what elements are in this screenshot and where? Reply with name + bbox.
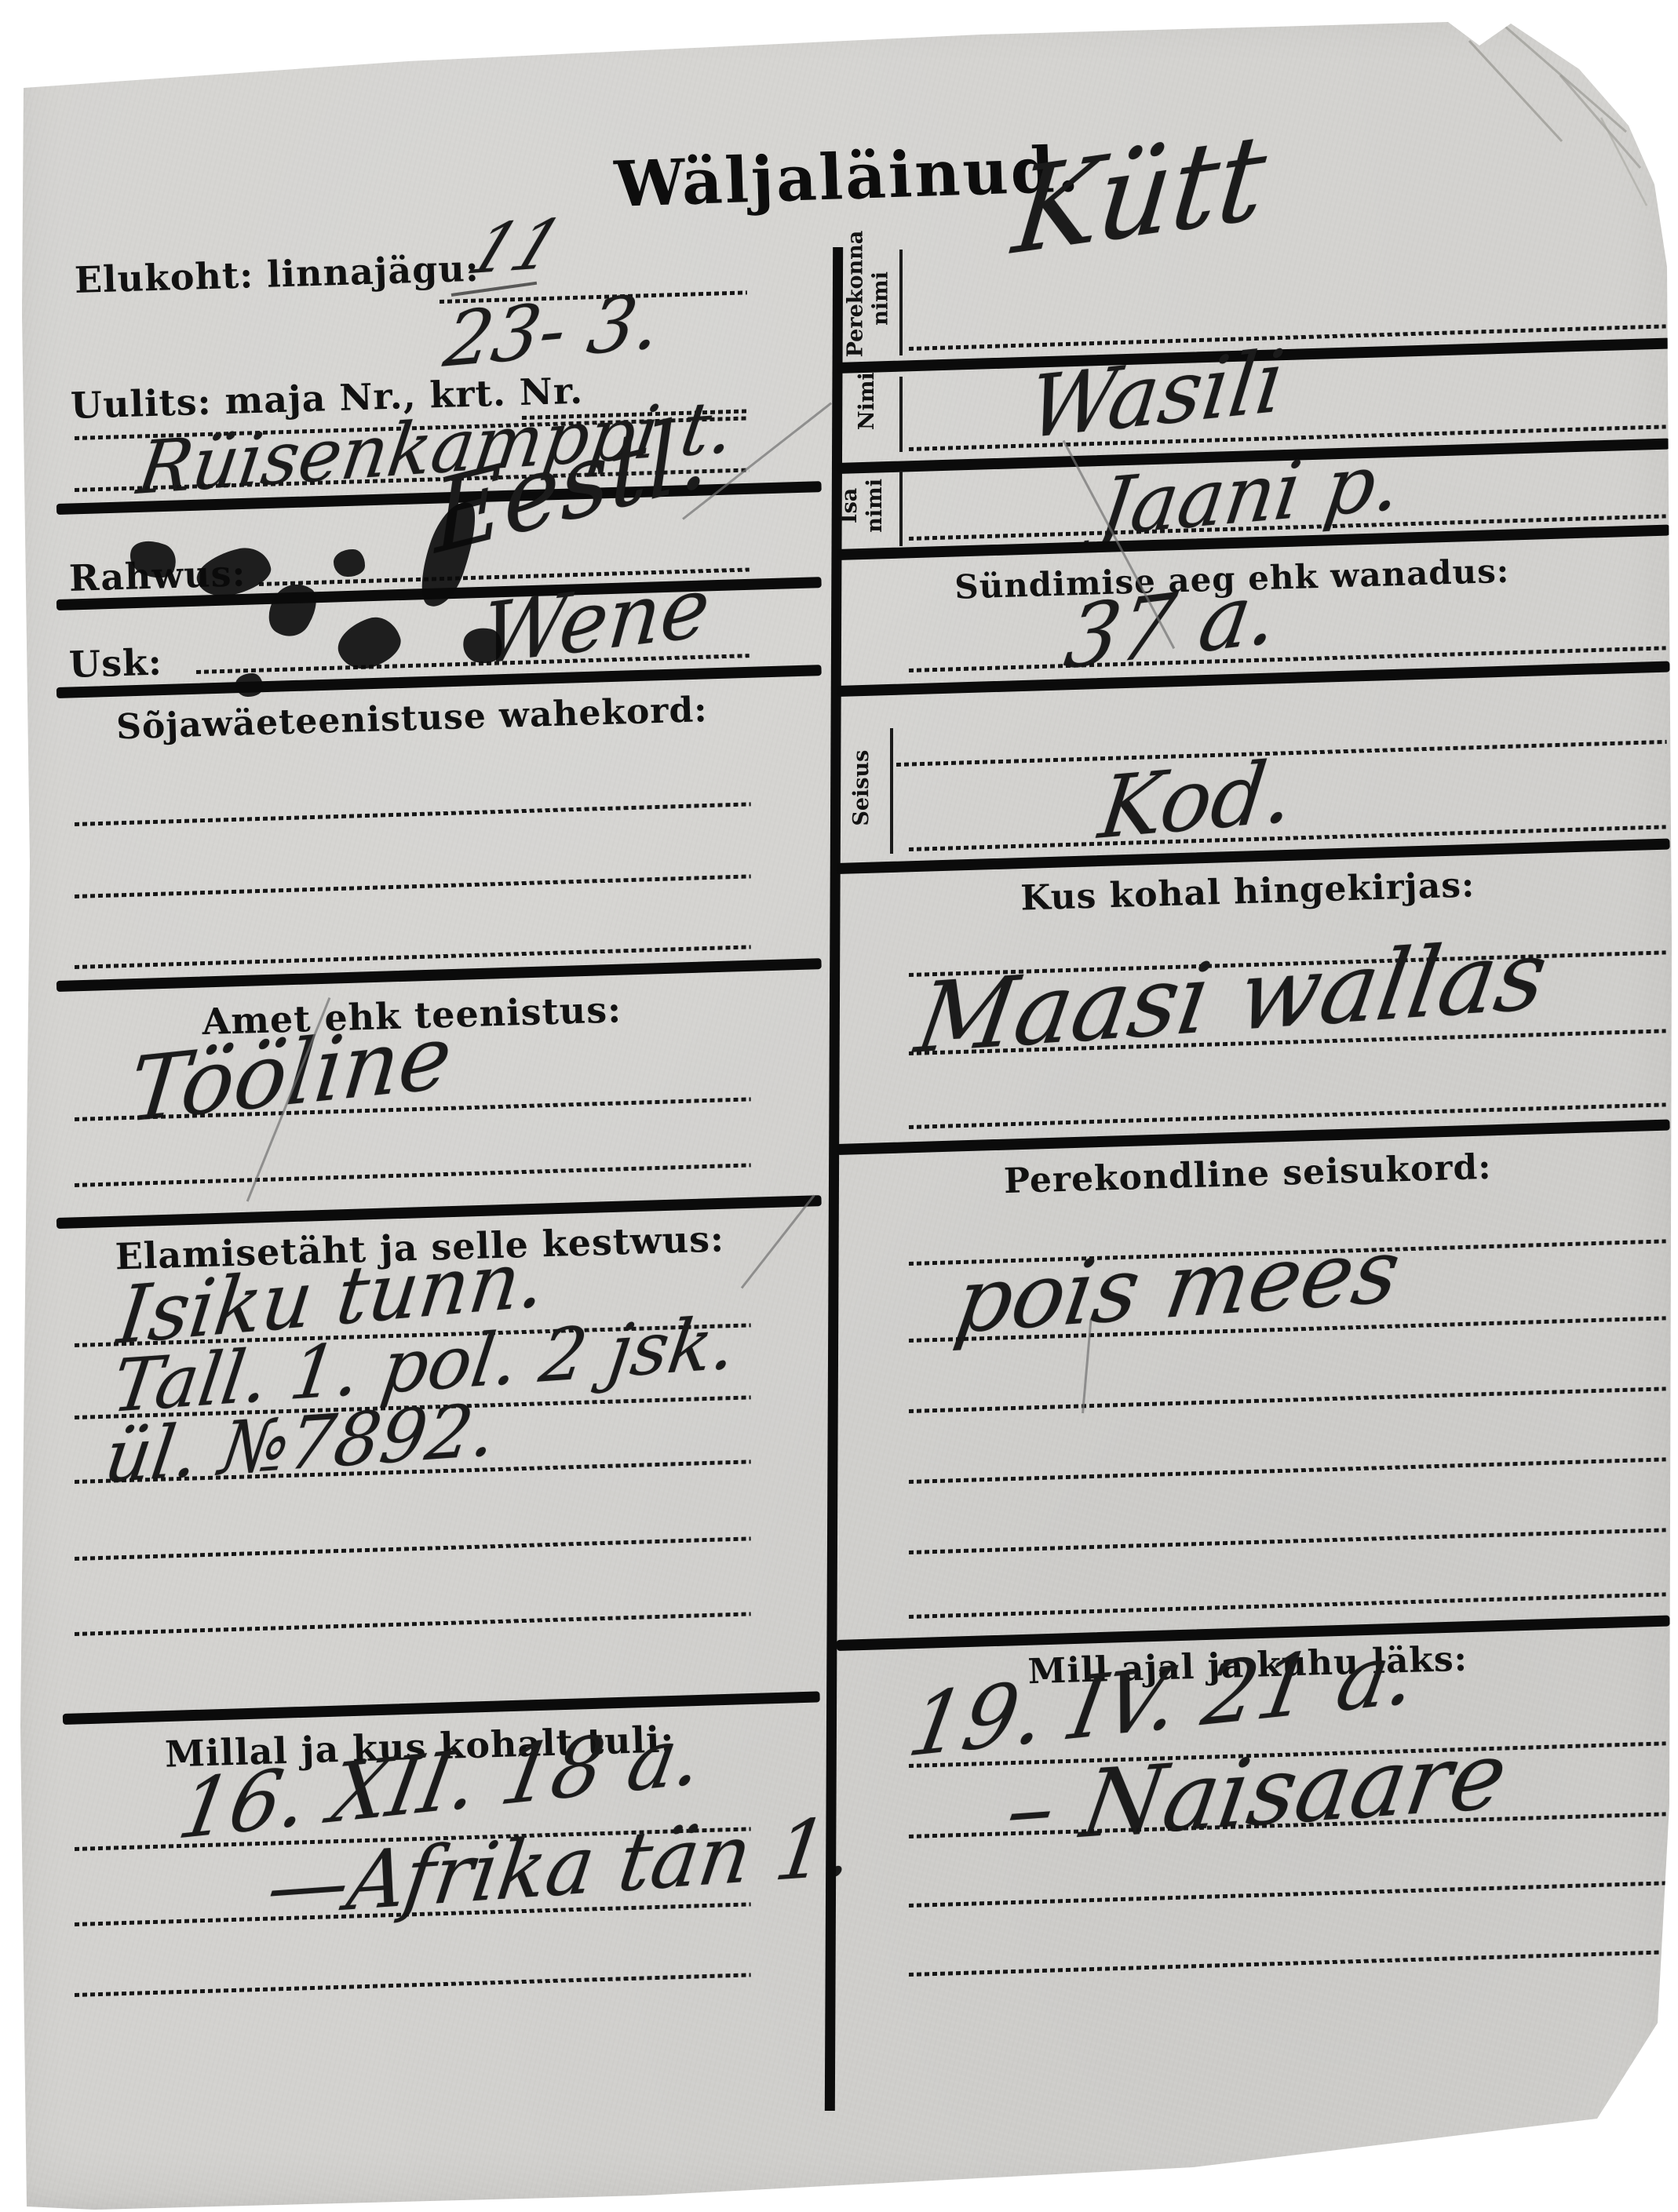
field-label-elukoht: Elukoht: linnajägu: [74,249,480,301]
section-label-hingekirjas: Kus kohal hingekirjas: [902,863,1593,921]
dotted-line [909,1528,1666,1554]
dotted-line [75,874,751,898]
section-label-perekondline: Perekondline seisukord: [902,1146,1593,1204]
scanned-document-canvas: Wäljaläinud. Elukoht: linnajägu: 11 Uuli… [0,0,1678,2212]
label-cell-rule [899,471,903,546]
dotted-line [75,1612,751,1636]
dotted-line [909,1881,1666,1908]
section-label-sojawaeteenistus: Sõjawäeteenistuse wahekord: [74,690,750,748]
dotted-line [75,802,751,826]
label-cell-rule [890,728,893,854]
ink-smudge [334,549,365,577]
handwritten-nimi-value: Wasili [1024,339,1289,452]
dotted-line [909,1592,1666,1619]
handwritten-hingekirjas-value: Maasi wallas [910,926,1553,1067]
rotated-label-perekonna-nimi: Perekonna nimi [844,239,895,357]
rotated-label-isa-nimi: Isa nimi [837,461,888,551]
handwritten-perekonna-value: Kütt [1009,118,1271,271]
ink-smudge [235,673,263,697]
dotted-line [75,1973,751,1997]
dotted-line [909,1387,1666,1413]
field-label-usk: Usk: [68,642,162,684]
label-cell-rule [899,377,903,452]
paper: Wäljaläinud. Elukoht: linnajägu: 11 Uuli… [0,0,1678,2212]
rotated-label-seisus: Seisus [849,725,874,851]
dotted-line [75,1163,751,1187]
label-cell-rule [899,250,903,355]
handwritten-usk-value: Wene [479,566,713,677]
dotted-line [909,1950,1666,1977]
dotted-line [909,1457,1666,1484]
rotated-label-nimi: Nimi [855,354,880,448]
handwritten-uulits-value: 23- 3. [440,284,666,379]
handwritten-elukoht-value: 11 [459,210,571,285]
dotted-line [75,1536,751,1561]
